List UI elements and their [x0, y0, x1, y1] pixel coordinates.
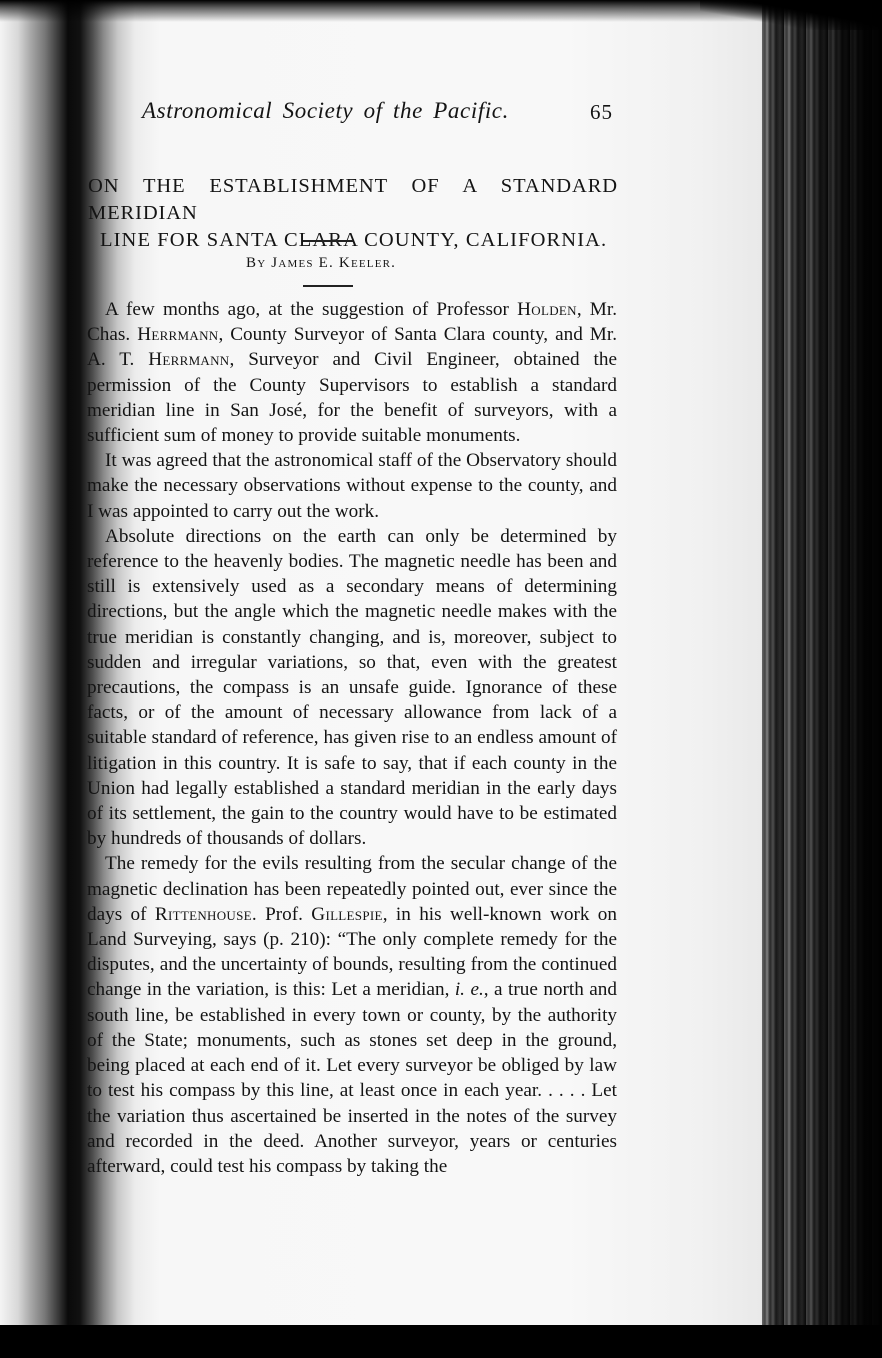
running-head-title: Astronomical Society of the Pacific. [142, 98, 622, 124]
scanned-book-page: Astronomical Society of the Pacific. 65 … [0, 0, 882, 1358]
page-number: 65 [590, 100, 630, 125]
small-caps-name: Herrmann [148, 349, 229, 370]
byline: By James E. Keeler. [246, 255, 446, 272]
paragraph: A few months ago, at the suggestion of P… [87, 297, 617, 448]
small-caps-name: Herrmann [137, 324, 218, 345]
article-title-line-2: LINE FOR SANTA CLARA COUNTY, CALIFORNIA. [88, 227, 618, 254]
small-caps-name: Gillespie [311, 904, 382, 925]
page-edges-shadow [762, 0, 882, 1358]
article-title: ON THE ESTABLISHMENT OF A STANDARD MERID… [88, 173, 618, 254]
title-rule-bottom [303, 285, 353, 287]
text-run: It was agreed that the astronomical staf… [87, 450, 617, 521]
article-body: A few months ago, at the suggestion of P… [87, 297, 617, 1179]
title-rule-top [303, 240, 353, 242]
small-caps-name: Rittenhouse [155, 904, 252, 925]
page-content: Astronomical Society of the Pacific. 65 … [0, 0, 770, 1325]
text-run: . Prof. [252, 904, 311, 925]
bottom-shadow [0, 1325, 882, 1358]
paragraph: Absolute directions on the earth can onl… [87, 524, 617, 852]
text-run: , a true north and south line, be establ… [87, 979, 617, 1176]
paragraph: The remedy for the evils resulting from … [87, 851, 617, 1179]
text-run: A few months ago, at the suggestion of P… [105, 299, 517, 320]
paragraph: It was agreed that the astronomical staf… [87, 448, 617, 524]
italic-text: i. e. [455, 979, 484, 1000]
article-title-line-1: ON THE ESTABLISHMENT OF A STANDARD MERID… [88, 173, 618, 227]
small-caps-name: Holden [517, 299, 577, 320]
text-run: Absolute directions on the earth can onl… [87, 526, 617, 849]
